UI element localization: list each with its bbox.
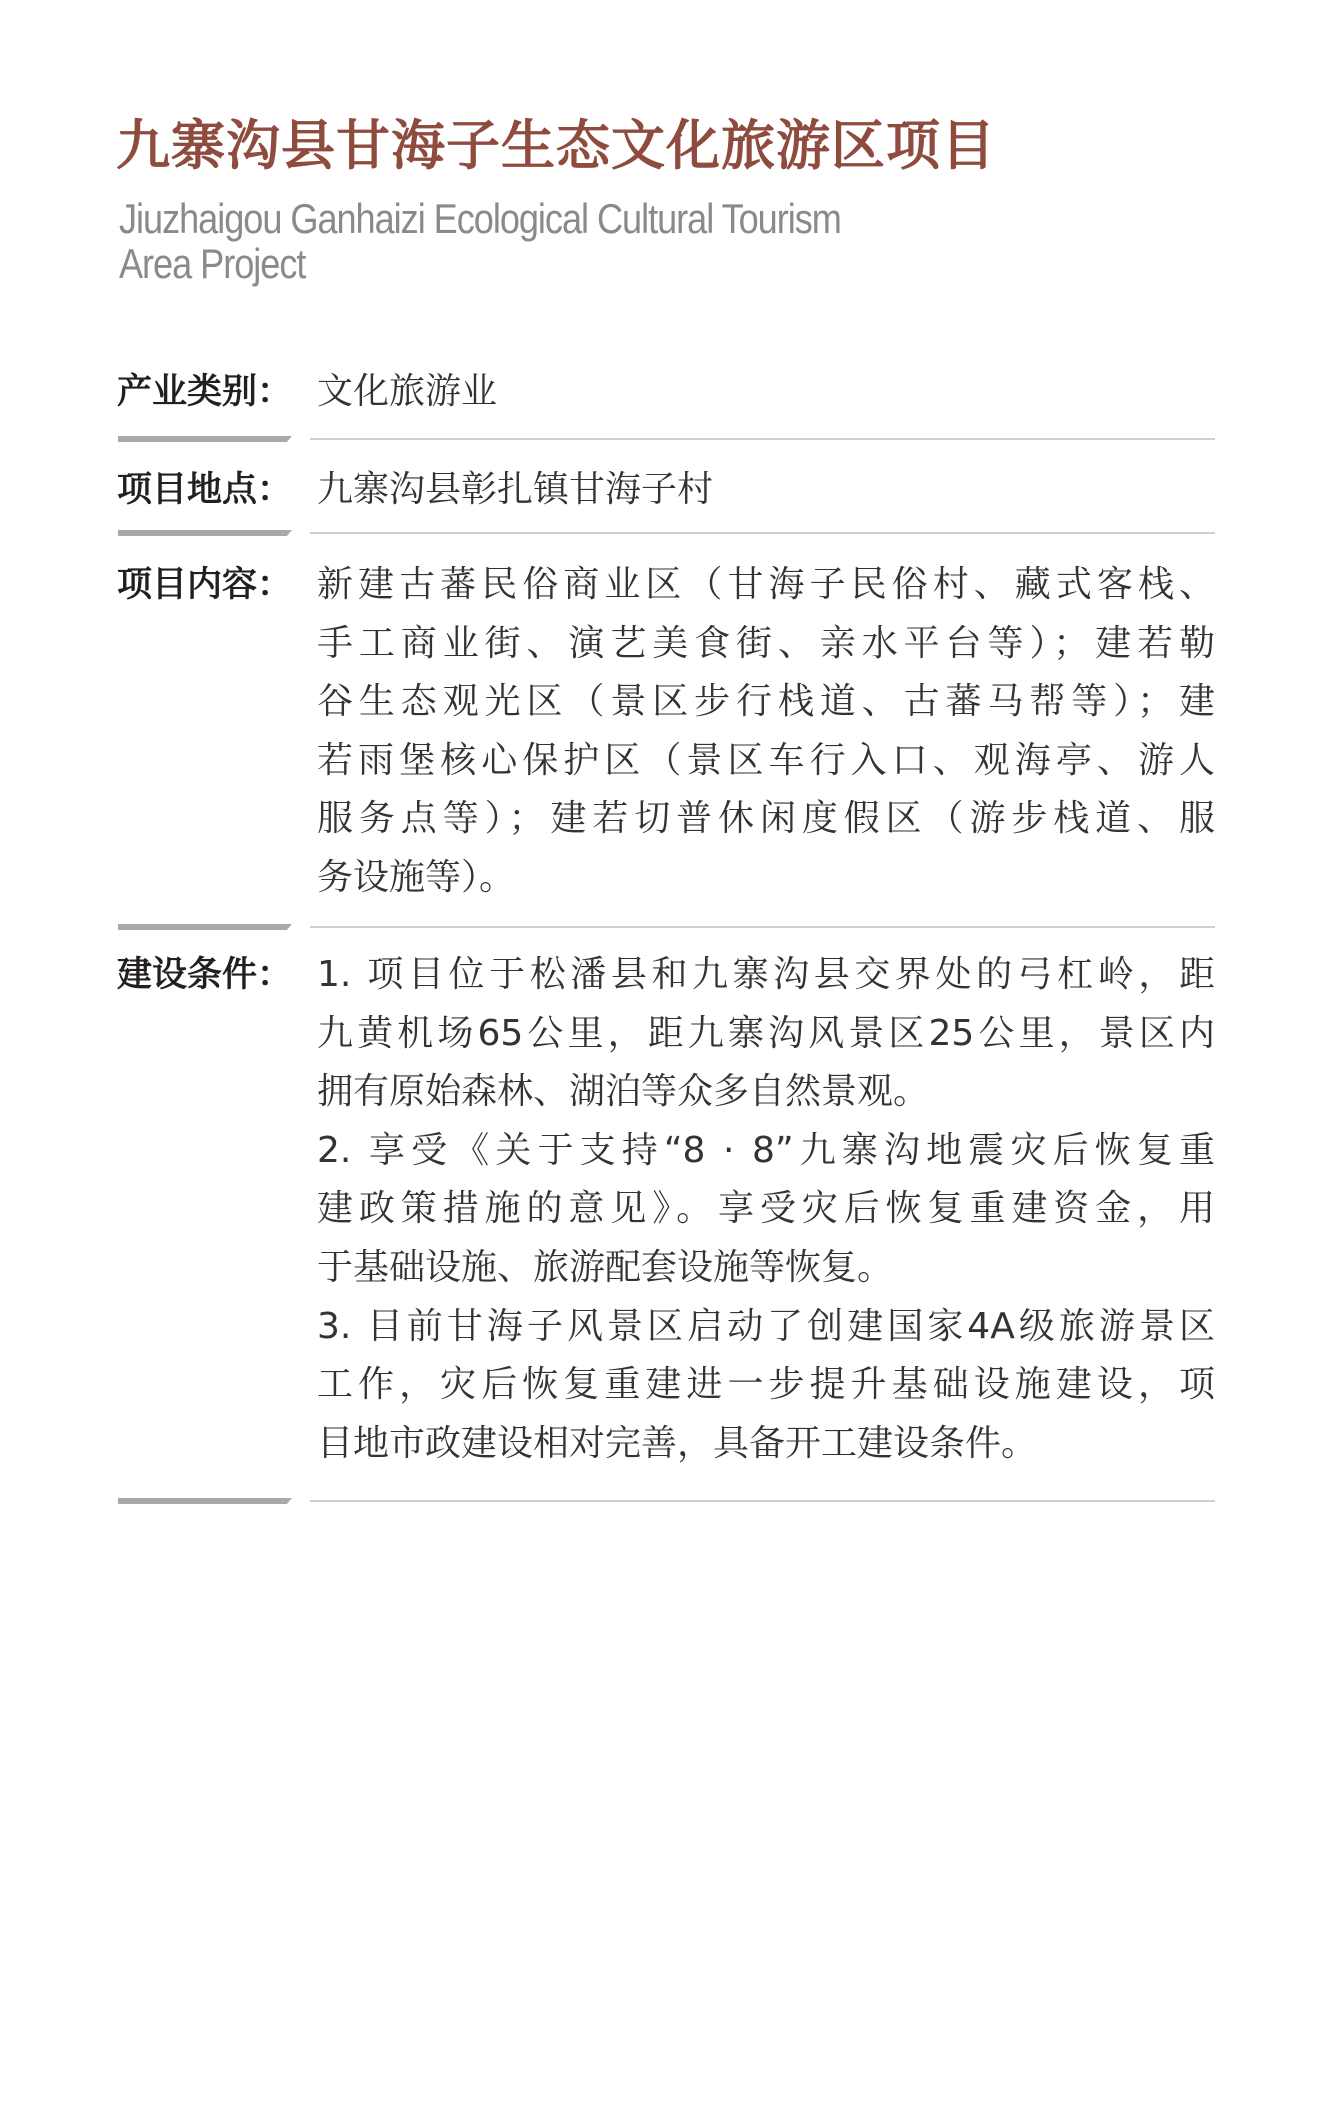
value-line: 手工商业街、演艺美食街、亲水平台等）；建若勒 [317,615,1215,674]
subtitle-line: Jiuzhaigou Ganhaizi Ecological Cultural … [119,196,1108,241]
row-label: 建设条件： [117,946,292,1005]
row-divider [0,530,1334,538]
value-line: 九寨沟县彰扎镇甘海子村 [317,461,1215,520]
divider-line [310,1500,1215,1502]
divider-accent-bar [118,530,292,536]
value-line: 2. 享受《关于支持“8 · 8”九寨沟地震灾后恢复重 [317,1122,1215,1181]
value-line: 新建古蕃民俗商业区（甘海子民俗村、藏式客栈、 [317,556,1215,615]
value-line: 拥有原始森林、湖泊等众多自然景观。 [317,1063,1215,1122]
page-subtitle-en: Jiuzhaigou Ganhaizi Ecological Cultural … [119,196,1108,286]
divider-line [310,532,1215,534]
value-line: 服务点等）；建若切普休闲度假区（游步栈道、服 [317,790,1215,849]
subtitle-line: Area Project [119,241,1108,286]
row-label: 产业类别： [117,363,292,422]
value-line: 3. 目前甘海子风景区启动了创建国家4A级旅游景区 [317,1298,1215,1357]
value-line: 工作，灾后恢复重建进一步提升基础设施建设，项 [317,1356,1215,1415]
row-divider [0,1498,1334,1506]
divider-accent-bar [118,1498,292,1504]
divider-accent-bar [118,924,292,930]
value-line: 务设施等）。 [317,849,1215,908]
value-line: 九黄机场65公里，距九寨沟风景区25公里，景区内 [317,1005,1215,1064]
value-line: 建政策措施的意见》。享受灾后恢复重建资金，用 [317,1180,1215,1239]
row-divider [0,436,1334,444]
row-value: 九寨沟县彰扎镇甘海子村 [317,461,1215,520]
row-label: 项目内容： [117,556,292,615]
row-value: 文化旅游业 [317,363,1215,422]
value-line: 目地市政建设相对完善，具备开工建设条件。 [317,1415,1215,1474]
value-line: 于基础设施、旅游配套设施等恢复。 [317,1239,1215,1298]
value-line: 谷生态观光区（景区步行栈道、古蕃马帮等）；建 [317,673,1215,732]
row-label: 项目地点： [117,461,292,520]
row-value: 新建古蕃民俗商业区（甘海子民俗村、藏式客栈、 手工商业街、演艺美食街、亲水平台等… [317,556,1215,908]
value-line: 文化旅游业 [317,363,1215,422]
page-title: 九寨沟县甘海子生态文化旅游区项目 [116,108,996,184]
value-line: 1. 项目位于松潘县和九寨沟县交界处的弓杠岭，距 [317,946,1215,1005]
row-value: 1. 项目位于松潘县和九寨沟县交界处的弓杠岭，距 九黄机场65公里，距九寨沟风景… [317,946,1215,1473]
divider-line [310,438,1215,440]
divider-line [310,926,1215,928]
value-line: 若雨堡核心保护区（景区车行入口、观海亭、游人 [317,732,1215,791]
row-divider [0,924,1334,932]
divider-accent-bar [118,436,292,442]
